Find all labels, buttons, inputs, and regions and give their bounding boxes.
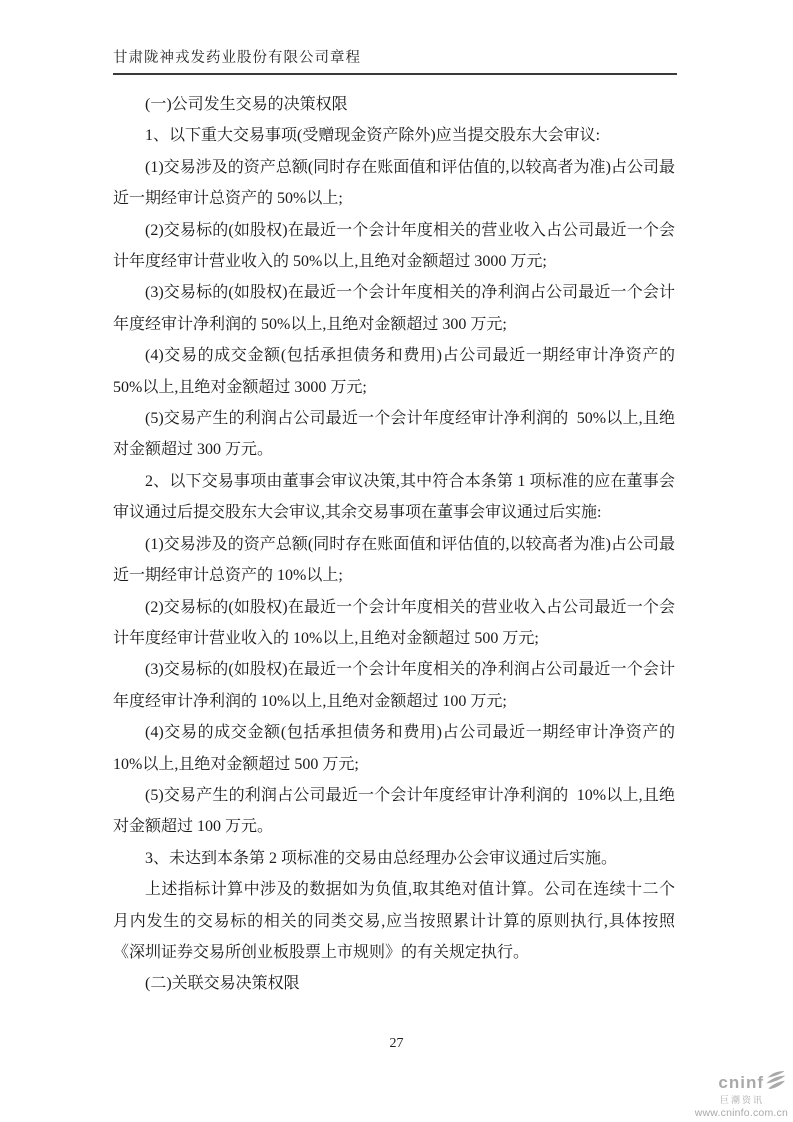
paragraph: (4)交易的成交金额(包括承担债务和费用)占公司最近一期经审计净资产的 10%以… [113, 717, 675, 780]
paragraph: (4)交易的成交金额(包括承担债务和费用)占公司最近一期经审计净资产的 50%以… [113, 340, 675, 403]
document-header-title: 甘肃陇神戎发药业股份有限公司章程 [113, 46, 677, 67]
paragraph: (5)交易产生的利润占公司最近一个会计年度经审计净利润的 10%以上,且绝对金额… [113, 780, 675, 843]
header-divider [113, 73, 677, 75]
paragraph: (5)交易产生的利润占公司最近一个会计年度经审计净利润的 50%以上,且绝对金额… [113, 403, 675, 466]
paragraph: (2)交易标的(如股权)在最近一个会计年度相关的营业收入占公司最近一个会计年度经… [113, 215, 675, 278]
cninfo-brand-row: cninf [718, 1070, 786, 1094]
paragraph: 上述指标计算中涉及的数据如为负值,取其绝对值计算。公司在连续十二个月内发生的交易… [113, 874, 675, 968]
cninfo-swirl-icon [765, 1070, 786, 1094]
page-number: 27 [0, 1036, 793, 1052]
document-body: (一)公司发生交易的决策权限 1、以下重大交易事项(受赠现金资产除外)应当提交股… [113, 89, 675, 1000]
paragraph: (3)交易标的(如股权)在最近一个会计年度相关的净利润占公司最近一个会计年度经审… [113, 654, 675, 717]
paragraph: (1)交易涉及的资产总额(同时存在账面值和评估值的,以较高者为准)占公司最近一期… [113, 529, 675, 592]
cninfo-logo: cninf 巨潮资讯 www.cninfo.com.cn [692, 1070, 788, 1119]
cninfo-url: www.cninfo.com.cn [695, 1108, 788, 1119]
paragraph: (2)交易标的(如股权)在最近一个会计年度相关的营业收入占公司最近一个会计年度经… [113, 592, 675, 655]
paragraph: 1、以下重大交易事项(受赠现金资产除外)应当提交股东大会审议: [113, 120, 675, 151]
paragraph: 3、未达到本条第 2 项标准的交易由总经理办公会审议通过后实施。 [113, 843, 675, 874]
paragraph: (1)交易涉及的资产总额(同时存在账面值和评估值的,以较高者为准)占公司最近一期… [113, 152, 675, 215]
paragraph: (3)交易标的(如股权)在最近一个会计年度相关的净利润占公司最近一个会计年度经审… [113, 277, 675, 340]
paragraph: (一)公司发生交易的决策权限 [113, 89, 675, 120]
cninfo-brand-text: cninf [718, 1074, 764, 1091]
document-page: 甘肃陇神戎发药业股份有限公司章程 (一)公司发生交易的决策权限 1、以下重大交易… [0, 0, 793, 1122]
paragraph: 2、以下交易事项由董事会审议决策,其中符合本条第 1 项标准的应在董事会审议通过… [113, 466, 675, 529]
cninfo-brand-cn: 巨潮资讯 [720, 1096, 764, 1105]
paragraph: (二)关联交易决策权限 [113, 968, 675, 999]
